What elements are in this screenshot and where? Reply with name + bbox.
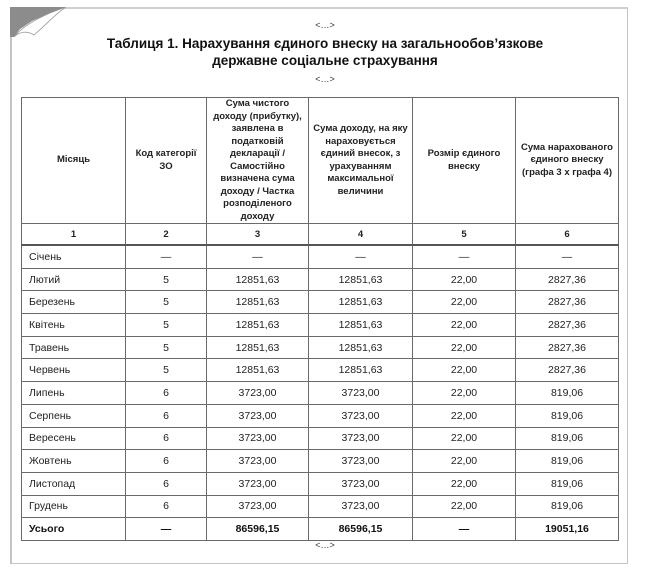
value-cell: 819,06	[516, 427, 619, 450]
total-row: Усього—86596,1586596,15—19051,16	[22, 518, 619, 541]
value-cell: 819,06	[516, 382, 619, 405]
value-cell: 12851,63	[309, 359, 413, 382]
total-value: —	[413, 518, 516, 541]
table-row: Жовтень63723,003723,0022,00819,06	[22, 450, 619, 473]
value-cell: 6	[126, 450, 207, 473]
value-cell: —	[516, 245, 619, 268]
value-cell: 5	[126, 359, 207, 382]
month-cell: Вересень	[22, 427, 126, 450]
contribution-table: МісяцьКод категорії ЗОСума чистого доход…	[21, 97, 619, 541]
value-cell: 22,00	[413, 336, 516, 359]
month-cell: Серпень	[22, 404, 126, 427]
month-cell: Травень	[22, 336, 126, 359]
value-cell: 3723,00	[207, 495, 309, 518]
value-cell: 3723,00	[309, 382, 413, 405]
value-cell: 22,00	[413, 359, 516, 382]
value-cell: —	[309, 245, 413, 268]
month-cell: Лютий	[22, 268, 126, 291]
value-cell: 12851,63	[207, 268, 309, 291]
value-cell: 12851,63	[309, 314, 413, 337]
total-value: 86596,15	[309, 518, 413, 541]
header-row: МісяцьКод категорії ЗОСума чистого доход…	[22, 98, 619, 224]
value-cell: 12851,63	[309, 291, 413, 314]
value-cell: 819,06	[516, 450, 619, 473]
value-cell: 6	[126, 495, 207, 518]
value-cell: 5	[126, 314, 207, 337]
value-cell: 22,00	[413, 472, 516, 495]
column-header: Розмір єдиного внеску	[413, 98, 516, 224]
month-cell: Червень	[22, 359, 126, 382]
value-cell: 22,00	[413, 495, 516, 518]
total-value: 19051,16	[516, 518, 619, 541]
value-cell: 3723,00	[309, 404, 413, 427]
column-number-row: 123456	[22, 224, 619, 246]
value-cell: 6	[126, 427, 207, 450]
value-cell: 819,06	[516, 472, 619, 495]
value-cell: 5	[126, 291, 207, 314]
value-cell: 12851,63	[309, 336, 413, 359]
value-cell: 3723,00	[207, 472, 309, 495]
table-row: Квітень512851,6312851,6322,002827,36	[22, 314, 619, 337]
value-cell: 12851,63	[207, 314, 309, 337]
column-number: 5	[413, 224, 516, 246]
table-row: Лютий512851,6312851,6322,002827,36	[22, 268, 619, 291]
omission-marker-mid: <…>	[0, 74, 650, 84]
value-cell: 22,00	[413, 450, 516, 473]
month-cell: Жовтень	[22, 450, 126, 473]
total-value: 86596,15	[207, 518, 309, 541]
value-cell: 2827,36	[516, 336, 619, 359]
value-cell: 22,00	[413, 268, 516, 291]
value-cell: 22,00	[413, 382, 516, 405]
table-title-line-2: державне соціальне страхування	[0, 52, 650, 69]
value-cell: 2827,36	[516, 359, 619, 382]
value-cell: 6	[126, 382, 207, 405]
value-cell: —	[207, 245, 309, 268]
column-number: 4	[309, 224, 413, 246]
total-label: Усього	[22, 518, 126, 541]
value-cell: 3723,00	[309, 450, 413, 473]
value-cell: 22,00	[413, 427, 516, 450]
value-cell: 2827,36	[516, 268, 619, 291]
column-number: 3	[207, 224, 309, 246]
value-cell: —	[413, 245, 516, 268]
value-cell: 12851,63	[207, 336, 309, 359]
column-header: Сума чистого доходу (прибутку), заявлена…	[207, 98, 309, 224]
value-cell: 3723,00	[309, 427, 413, 450]
month-cell: Листопад	[22, 472, 126, 495]
value-cell: 22,00	[413, 314, 516, 337]
value-cell: 12851,63	[207, 291, 309, 314]
table-row: Грудень63723,003723,0022,00819,06	[22, 495, 619, 518]
column-number: 2	[126, 224, 207, 246]
value-cell: 3723,00	[207, 450, 309, 473]
value-cell: 6	[126, 404, 207, 427]
omission-marker-bottom: <…>	[0, 540, 650, 550]
column-header: Код категорії ЗО	[126, 98, 207, 224]
table-title-line-1: Таблиця 1. Нарахування єдиного внеску на…	[0, 35, 650, 52]
value-cell: 5	[126, 336, 207, 359]
month-cell: Грудень	[22, 495, 126, 518]
value-cell: 6	[126, 472, 207, 495]
value-cell: 22,00	[413, 291, 516, 314]
value-cell: 3723,00	[207, 404, 309, 427]
value-cell: 5	[126, 268, 207, 291]
table-row: Березень512851,6312851,6322,002827,36	[22, 291, 619, 314]
month-cell: Січень	[22, 245, 126, 268]
table-row: Червень512851,6312851,6322,002827,36	[22, 359, 619, 382]
column-number: 1	[22, 224, 126, 246]
omission-marker-top: <…>	[0, 20, 650, 30]
value-cell: 2827,36	[516, 291, 619, 314]
table-row: Серпень63723,003723,0022,00819,06	[22, 404, 619, 427]
column-header: Місяць	[22, 98, 126, 224]
table-row: Листопад63723,003723,0022,00819,06	[22, 472, 619, 495]
value-cell: 3723,00	[207, 427, 309, 450]
column-number: 6	[516, 224, 619, 246]
column-header: Сума нарахованого єдиного внеску (графа …	[516, 98, 619, 224]
value-cell: 819,06	[516, 495, 619, 518]
value-cell: 12851,63	[207, 359, 309, 382]
table-row: Липень63723,003723,0022,00819,06	[22, 382, 619, 405]
column-header: Сума доходу, на яку нараховується єдиний…	[309, 98, 413, 224]
total-value: —	[126, 518, 207, 541]
month-cell: Березень	[22, 291, 126, 314]
table-title: Таблиця 1. Нарахування єдиного внеску на…	[0, 35, 650, 69]
table-row: Травень512851,6312851,6322,002827,36	[22, 336, 619, 359]
value-cell: 22,00	[413, 404, 516, 427]
month-cell: Липень	[22, 382, 126, 405]
value-cell: 3723,00	[207, 382, 309, 405]
table-row: Вересень63723,003723,0022,00819,06	[22, 427, 619, 450]
value-cell: 819,06	[516, 404, 619, 427]
value-cell: 3723,00	[309, 472, 413, 495]
value-cell: 12851,63	[309, 268, 413, 291]
value-cell: 2827,36	[516, 314, 619, 337]
value-cell: 3723,00	[309, 495, 413, 518]
month-cell: Квітень	[22, 314, 126, 337]
table-row: Січень—————	[22, 245, 619, 268]
value-cell: —	[126, 245, 207, 268]
